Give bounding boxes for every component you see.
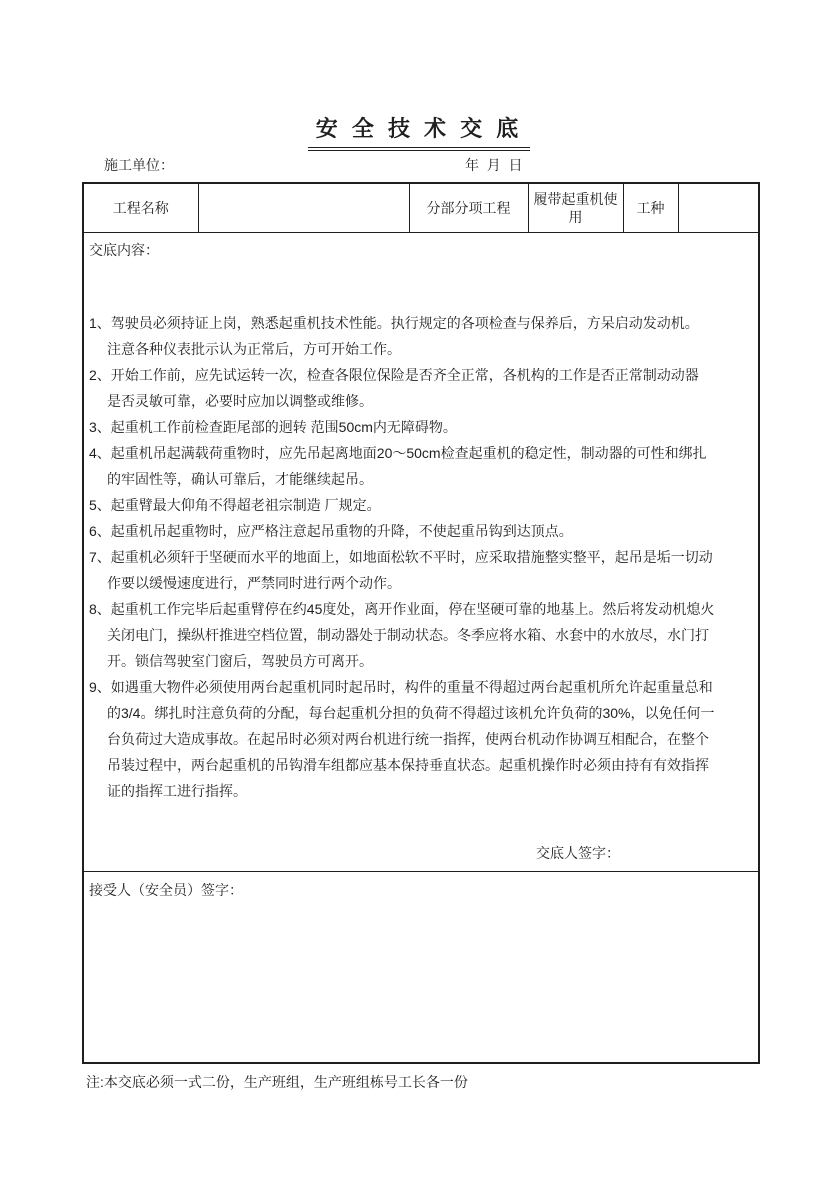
disclosure-item-line: 作要以缓慢速度进行，严禁同时进行两个动作。: [89, 570, 753, 596]
disclosure-item-line: 9、如遇重大物件必须使用两台起重机同时起吊时，构件的重量不得超过两台起重机所允许…: [89, 674, 753, 700]
receiver-signature-label: 接受人（安全员）签字：: [89, 882, 243, 898]
disclosure-item-line: 7、起重机必须轩于坚硬而水平的地面上，如地面松软不平时，应采取措施整实整平，起吊…: [89, 544, 753, 570]
work-type-value-cell[interactable]: [678, 183, 759, 233]
sub-project-value-cell[interactable]: 履带起重机使用: [528, 183, 623, 233]
construction-unit-label: 施工单位：: [104, 155, 174, 175]
disclosure-item-line: 注意各种仪表批示认为正常后，方可开始工作。: [89, 336, 753, 362]
disclosure-item-line: 3、起重机工作前检查距尾部的迥转 范围50cm内无障碍物。: [89, 414, 753, 440]
sub-project-label: 分部分项工程: [427, 200, 511, 216]
project-name-label-cell: 工程名称: [83, 183, 198, 233]
content-row: 交底内容： 1、驾驶员必须持证上岗，熟悉起重机技术性能。执行规定的各项检查与保养…: [83, 233, 759, 872]
disclosure-item-line: 1、驾驶员必须持证上岗，熟悉起重机技术性能。执行规定的各项检查与保养后，方呆启动…: [89, 310, 753, 336]
discloser-signature-label[interactable]: 交底人签字：: [536, 843, 620, 863]
footer-note: 注:本交底必须一式二份，生产班组，生产班组栋号工长各一份: [86, 1072, 468, 1092]
disclosure-item-line: 的牢固性等，确认可靠后，才能继续起吊。: [89, 466, 753, 492]
document-page: 安 全 技 术 交 底 施工单位： 年 月 日 工程名称 分部分项工程 履带起重…: [0, 0, 838, 1186]
disclosure-item-line: 吊装过程中，两台起重机的吊钩滑车组都应基本保持垂直状态。起重机操作时必须由持有有…: [89, 752, 753, 778]
project-name-value-cell[interactable]: [198, 183, 409, 233]
title-wrap: 安 全 技 术 交 底: [0, 112, 838, 151]
disclosure-item-line: 证的指挥工进行指挥。: [89, 778, 753, 804]
disclosure-items: 1、驾驶员必须持证上岗，熟悉起重机技术性能。执行规定的各项检查与保养后，方呆启动…: [89, 310, 753, 804]
sub-project-label-cell: 分部分项工程: [409, 183, 528, 233]
disclosure-item-line: 5、起重臂最大仰角不得超老祖宗制造 厂规定。: [89, 492, 753, 518]
work-type-label-cell: 工种: [623, 183, 678, 233]
disclosure-item-line: 8、起重机工作完毕后起重臂停在约45度处，离开作业面，停在坚硬可靠的地基上。然后…: [89, 596, 753, 622]
disclosure-item-line: 台负荷过大造成事故。在起吊时必须对两台机进行统一指挥，使两台机动作协调互相配合，…: [89, 726, 753, 752]
disclosure-form-table: 工程名称 分部分项工程 履带起重机使用 工种 交底内容： 1、驾驶员必: [82, 182, 760, 1064]
disclosure-item-line: 4、起重机吊起满载荷重物时，应先吊起离地面20～50cm检查起重机的稳定性，制动…: [89, 440, 753, 466]
sub-project-value: 履带起重机使用: [534, 191, 618, 225]
project-name-label: 工程名称: [113, 200, 169, 216]
date-label: 年 月 日: [465, 155, 523, 175]
disclosure-item-line: 开。锁信驾驶室门窗后，驾驶员方可离开。: [89, 648, 753, 674]
page-title: 安 全 技 术 交 底: [308, 112, 531, 151]
info-row: 工程名称 分部分项工程 履带起重机使用 工种: [83, 183, 759, 233]
disclosure-item-line: 是否灵敏可靠，必要时应加以调整或维修。: [89, 388, 753, 414]
content-inner: 交底内容： 1、驾驶员必须持证上岗，熟悉起重机技术性能。执行规定的各项检查与保养…: [84, 233, 758, 871]
receiver-cell[interactable]: 接受人（安全员）签字：: [83, 872, 759, 1064]
content-label: 交底内容：: [89, 240, 753, 260]
disclosure-item-line: 6、起重机吊起重物时，应严格注意起吊重物的升降，不使起重吊钩到达顶点。: [89, 518, 753, 544]
disclosure-item-line: 的3/4。绑扎时注意负荷的分配，每台起重机分担的负荷不得超过该机允许负荷的30%…: [89, 700, 753, 726]
receiver-row: 接受人（安全员）签字：: [83, 872, 759, 1064]
content-cell[interactable]: 交底内容： 1、驾驶员必须持证上岗，熟悉起重机技术性能。执行规定的各项检查与保养…: [83, 233, 759, 872]
disclosure-item-line: 2、开始工作前，应先试运转一次，检查各限位保险是否齐全正常，各机构的工作是否正常…: [89, 362, 753, 388]
work-type-label: 工种: [637, 200, 665, 216]
receiver-inner: 接受人（安全员）签字：: [84, 872, 758, 1062]
disclosure-item-line: 关闭电门，操纵杆推进空档位置，制动器处于制动状态。冬季应将水箱、水套中的水放尽，…: [89, 622, 753, 648]
